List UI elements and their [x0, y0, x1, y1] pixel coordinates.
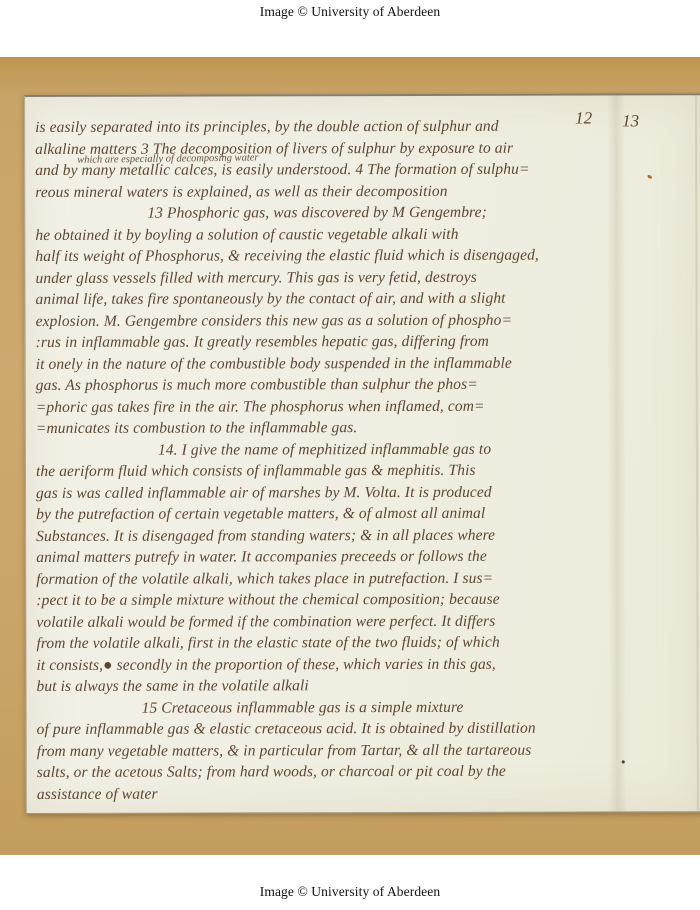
- manuscript-line: reous mineral waters is explained, as we…: [35, 180, 695, 203]
- manuscript-line: by the putrefaction of certain vegetable…: [36, 502, 696, 525]
- manuscript-line: explosion. M. Gengembre considers this n…: [36, 309, 696, 332]
- manuscript-line: and by many metallic calces, is easily u…: [35, 158, 695, 181]
- manuscript-line: volatile alkali would be formed if the c…: [36, 610, 696, 633]
- manuscript-line: 14. I give the name of mephitized inflam…: [36, 438, 696, 461]
- copyright-caption-top: Image © University of Aberdeen: [0, 4, 700, 20]
- manuscript-line: it onely in the nature of the combustibl…: [36, 352, 696, 375]
- manuscript-line: is easily separated into its principles,…: [35, 115, 695, 138]
- manuscript-line: gas. As phosphorus is much more combusti…: [36, 373, 696, 396]
- copyright-caption-bottom: Image © University of Aberdeen: [0, 884, 700, 900]
- manuscript-line: he obtained it by boyling a solution of …: [35, 223, 695, 246]
- manuscript-line: the aeriform fluid which consists of inf…: [36, 459, 696, 482]
- manuscript-line: Substances. It is disengaged from standi…: [36, 524, 696, 547]
- manuscript-line: it consists,● secondly in the proportion…: [36, 653, 696, 676]
- manuscript-line: gas is was called inflammable air of mar…: [36, 481, 696, 504]
- ink-speck: [622, 760, 625, 763]
- manuscript-line: alkaline matters 3 The decomposition of …: [35, 137, 695, 160]
- manuscript-line: animal life, takes fire spontaneously by…: [36, 287, 696, 310]
- scan-canvas: Image © University of Aberdeen 12 13 whi…: [0, 0, 700, 910]
- manuscript-line: but is always the same in the volatile a…: [37, 674, 697, 697]
- manuscript-line: 15 Cretaceous inflammable gas is a simpl…: [37, 696, 697, 719]
- manuscript-line: assistance of water: [37, 782, 697, 805]
- backing-board: 12 13 which are especially of decomposin…: [0, 57, 700, 855]
- manuscript-line: half its weight of Phosphorus, & receivi…: [35, 244, 695, 267]
- manuscript-line: formation of the volatile alkali, which …: [36, 567, 696, 590]
- manuscript-line: :rus in inflammable gas. It greatly rese…: [36, 330, 696, 353]
- manuscript-line: salts, or the acetous Salts; from hard w…: [37, 760, 697, 783]
- manuscript-line: :pect it to be a simple mixture without …: [36, 588, 696, 611]
- manuscript-line: under glass vessels filled with mercury.…: [35, 266, 695, 289]
- manuscript-line: =municates its combustion to the inflamm…: [36, 416, 696, 439]
- manuscript-page: 12 13 which are especially of decomposin…: [24, 93, 700, 814]
- manuscript-line: =phoric gas takes fire in the air. The p…: [36, 395, 696, 418]
- manuscript-text: is easily separated into its principles,…: [35, 115, 697, 805]
- manuscript-line: 13 Phosphoric gas, was discovered by M G…: [35, 201, 695, 224]
- manuscript-line: of pure inflammable gas & elastic cretac…: [37, 717, 697, 740]
- manuscript-line: animal matters putrefy in water. It acco…: [36, 545, 696, 568]
- manuscript-line: from many vegetable matters, & in partic…: [37, 739, 697, 762]
- manuscript-line: from the volatile alkali, first in the e…: [36, 631, 696, 654]
